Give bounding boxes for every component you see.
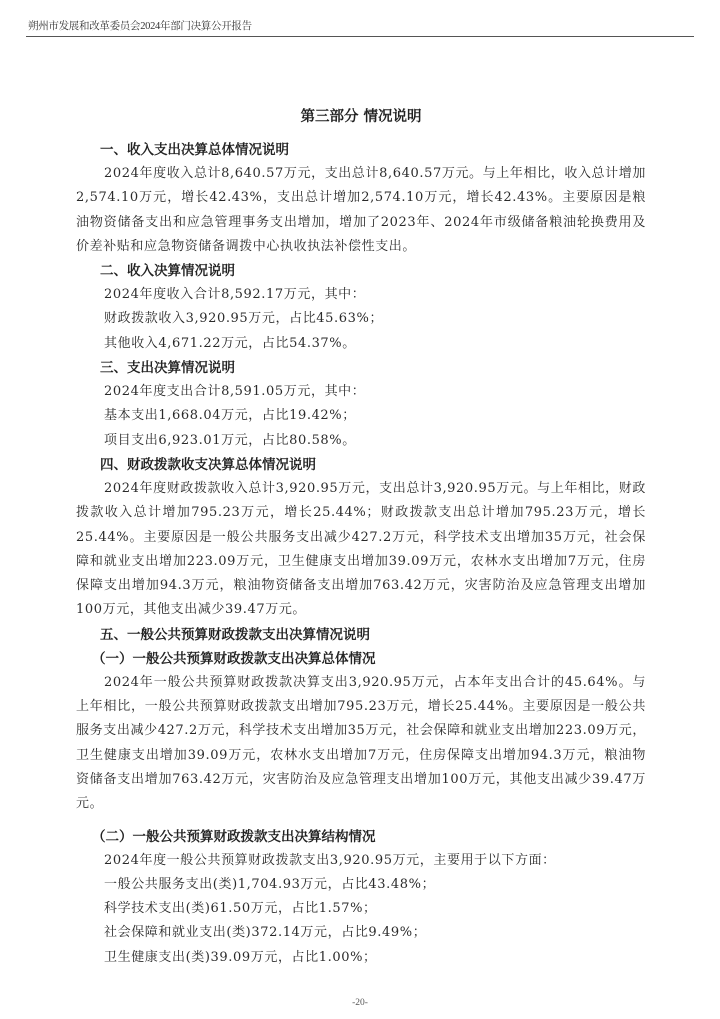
subsection-line: 社会保障和就业支出(类)372.14万元，占比9.49%；: [76, 921, 646, 945]
section-line: 2024年度支出合计8,591.05万元，其中：: [76, 380, 646, 404]
subsection-line: 科学技术支出(类)61.50万元，占比1.57%；: [76, 897, 646, 921]
subsection-heading-2: （二）一般公共预算财政拨款支出决算结构情况: [76, 825, 646, 849]
subsection-line: 卫生健康支出(类)39.09万元，占比1.00%；: [76, 946, 646, 970]
section-line: 财政拨款收入3,920.95万元，占比45.63%；: [76, 307, 646, 331]
section-heading-3: 三、支出决算情况说明: [76, 356, 646, 380]
page-header: 朔州市发展和改革委员会2024年部门决算公开报告: [26, 14, 694, 37]
subsection-line: 2024年度一般公共预算财政拨款支出3,920.95万元，主要用于以下方面：: [76, 849, 646, 873]
subsection-paragraph-1: 2024年一般公共预算财政拨款决算支出3,920.95万元，占本年支出合计的45…: [76, 671, 646, 817]
page-number: -20-: [0, 998, 720, 1008]
section-paragraph-1: 2024年度收入总计8,640.57万元，支出总计8,640.57万元。与上年相…: [76, 162, 646, 259]
section-heading-5: 五、一般公共预算财政拨款支出决算情况说明: [76, 623, 646, 647]
section-heading-1: 一、收入支出决算总体情况说明: [76, 138, 646, 162]
section-line: 其他收入4,671.22万元，占比54.37%。: [76, 332, 646, 356]
document-body: 第三部分 情况说明 一、收入支出决算总体情况说明 2024年度收入总计8,640…: [76, 105, 646, 970]
section-heading-2: 二、收入决算情况说明: [76, 259, 646, 283]
section-line: 2024年度收入合计8,592.17万元，其中：: [76, 283, 646, 307]
subsection-line: 一般公共服务支出(类)1,704.93万元，占比43.48%；: [76, 873, 646, 897]
part-title: 第三部分 情况说明: [76, 105, 646, 129]
section-line: 项目支出6,923.01万元，占比80.58%。: [76, 429, 646, 453]
section-line: 基本支出1,668.04万元，占比19.42%；: [76, 404, 646, 428]
header-title: 朔州市发展和改革委员会2024年部门决算公开报告: [28, 18, 252, 33]
subsection-heading-1: （一）一般公共预算财政拨款支出决算总体情况: [76, 647, 646, 671]
section-heading-4: 四、财政拨款收支决算总体情况说明: [76, 453, 646, 477]
section-paragraph-4: 2024年度财政拨款收入总计3,920.95万元，支出总计3,920.95万元。…: [76, 477, 646, 623]
